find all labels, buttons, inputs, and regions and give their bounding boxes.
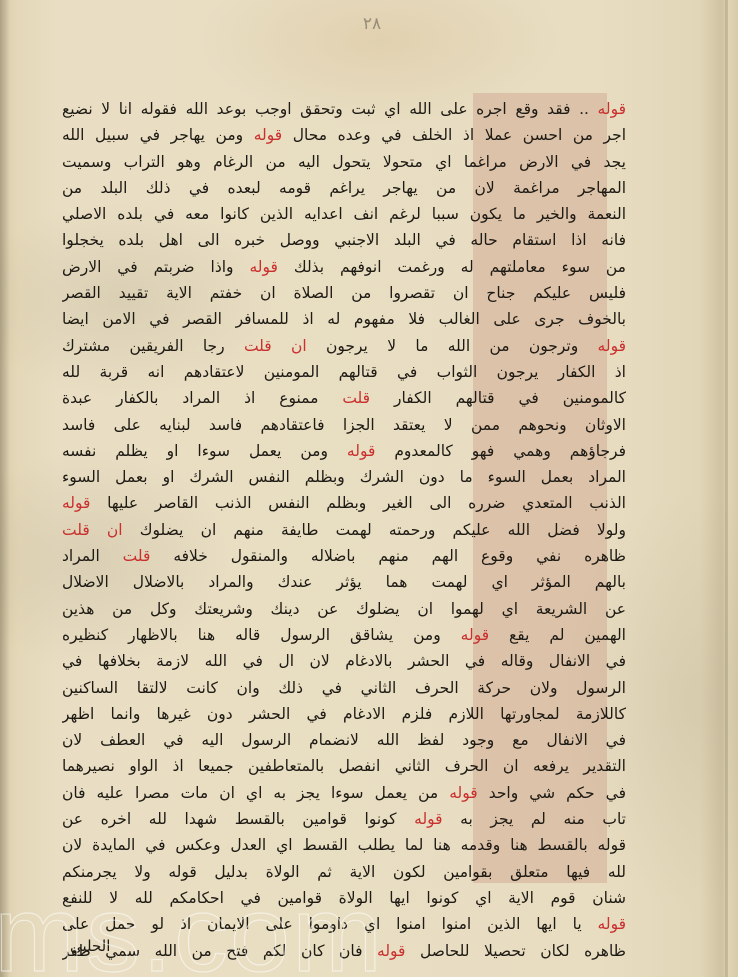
- rubric-keyword: قوله: [62, 494, 90, 512]
- page-right-edge-fold: [725, 0, 728, 977]
- manuscript-line: قوله بالقسط هنا وقدمه هنا لما يطلب القسط…: [62, 832, 626, 858]
- manuscript-line: فانه اذا استقام حاله في البلد الاجنبي وو…: [62, 227, 626, 253]
- manuscript-line: بالهم المؤثر اي لهمت هما يؤثر عندك والمر…: [62, 569, 626, 595]
- manuscript-page: ٢٨ قوله .. فقد وقع اجره على الله اي ثبت …: [0, 0, 738, 977]
- rubric-keyword: قوله: [449, 784, 477, 802]
- body-text: واذا ضربتم في الارض: [62, 258, 249, 276]
- body-text: شنان قوم الاية اي كونوا ايها الولاة قوام…: [62, 889, 626, 907]
- body-text: كاللازمة لمجاورتها اللازم فلزم الادغام ف…: [62, 705, 626, 723]
- body-text: .. فقد وقع اجره على الله اي ثبت وتحقق او…: [62, 100, 598, 118]
- manuscript-line: قوله يا ايها الذين امنوا امنوا اي داوموا…: [62, 911, 626, 937]
- manuscript-line: شنان قوم الاية اي كونوا ايها الولاة قوام…: [62, 885, 626, 911]
- body-text: المهاجر مراغمة لان من يهاجر يراغم قومه ل…: [62, 179, 626, 197]
- body-text: النعمة والخير ما يكون سببا لرغم انف اعدا…: [62, 205, 626, 223]
- body-text: اجر من احسن عملا اذ الخلف في وعده محال: [282, 126, 626, 144]
- body-text: ظاهره لكان تحصيلا للحاصل: [405, 942, 626, 960]
- body-text: تاب منه لم يجز به: [443, 810, 626, 828]
- body-text: عن الشريعة اي لهموا ان يضلوك عن دينك وشر…: [62, 600, 626, 618]
- manuscript-line: قوله .. فقد وقع اجره على الله اي ثبت وتح…: [62, 96, 626, 122]
- body-text: ومن يعمل سوءا او يظلم نفسه: [62, 442, 347, 460]
- manuscript-line: فليس عليكم جناح ان تقصروا من الصلاة ان خ…: [62, 280, 626, 306]
- body-text: في حكم شي واحد: [478, 784, 626, 802]
- manuscript-line: قوله وترجون من الله ما لا يرجون ان قلت ر…: [62, 333, 626, 359]
- body-text: في الانفال مع وجود لفظ الله لانضمام الرس…: [62, 731, 626, 749]
- body-text: اذ الكفار يرجون الثواب في قتالهم المومني…: [62, 363, 626, 381]
- manuscript-line: كاللازمة لمجاورتها اللازم فلزم الادغام ف…: [62, 701, 626, 727]
- manuscript-line: من سوء معاملتهم له ورغمت انوفهم بذلك قول…: [62, 254, 626, 280]
- rubric-keyword: قوله: [254, 126, 282, 144]
- manuscript-line: التقدير يرفعه ان الحرف الثاني انفصل بالم…: [62, 753, 626, 779]
- body-text: الاوثان ونحوهم ممن لا يعتقد الجزا فاعتقا…: [62, 416, 626, 434]
- rubric-keyword: ان قلت: [244, 337, 307, 355]
- body-text: وترجون من الله ما لا يرجون: [307, 337, 598, 355]
- manuscript-line: الذنب المتعدي ضرره الى الغير وبظلم النفس…: [62, 490, 626, 516]
- manuscript-line: ظاهره لكان تحصيلا للحاصل قوله فان كان لك…: [62, 938, 626, 964]
- body-text: بالهم المؤثر اي لهمت هما يؤثر عندك والمر…: [62, 573, 626, 591]
- manuscript-line: النعمة والخير ما يكون سببا لرغم انف اعدا…: [62, 201, 626, 227]
- rubric-keyword: قوله: [598, 915, 626, 933]
- manuscript-line: في حكم شي واحد قوله من يعمل سوءا يجز به …: [62, 780, 626, 806]
- body-text: المراد: [62, 547, 123, 565]
- folio-number: ٢٨: [352, 14, 392, 34]
- manuscript-line: كالمومنين في قتالهم الكفار قلت ممنوع اذ …: [62, 385, 626, 411]
- body-text: من يعمل سوءا يجز به اي ان مات مصرا عليه …: [62, 784, 449, 802]
- body-text: الذنب المتعدي ضرره الى الغير وبظلم النفس…: [90, 494, 626, 512]
- manuscript-text-block: قوله .. فقد وقع اجره على الله اي ثبت وتح…: [62, 96, 626, 964]
- body-text: ومن يهاجر في سبيل الله: [62, 126, 254, 144]
- manuscript-line: في الانفال وقاله في الحشر بالادغام لان ا…: [62, 648, 626, 674]
- body-text: ولولا فضل الله عليكم ورحمته لهمت طايفة م…: [123, 521, 626, 539]
- body-text: رجا الفريقين مشترك: [62, 337, 244, 355]
- body-text: بالخوف جرى على الغالب فلا مفهوم له اذ لل…: [62, 310, 626, 328]
- body-text: المراد بعمل السوء ما دون الشرك وبظلم الن…: [62, 468, 626, 486]
- manuscript-line: يجد في الارض مراغما اي متحولا يتحول اليه…: [62, 149, 626, 175]
- rubric-keyword: قلت: [123, 547, 151, 565]
- body-text: الهمين لم يقع: [489, 626, 626, 644]
- rubric-keyword: قوله: [414, 810, 442, 828]
- colophon-signature: الحلبي: [70, 936, 110, 956]
- body-text: فرجاؤهم وهمي فهو كالمعدوم: [375, 442, 626, 460]
- body-text: قوله بالقسط هنا وقدمه هنا لما يطلب القسط…: [62, 836, 626, 854]
- manuscript-line: تاب منه لم يجز به قوله كونوا قوامين بالق…: [62, 806, 626, 832]
- manuscript-line: الاوثان ونحوهم ممن لا يعتقد الجزا فاعتقا…: [62, 412, 626, 438]
- rubric-keyword: قوله: [377, 942, 405, 960]
- body-text: في الانفال وقاله في الحشر بالادغام لان ا…: [62, 652, 626, 670]
- manuscript-line: بالخوف جرى على الغالب فلا مفهوم له اذ لل…: [62, 306, 626, 332]
- manuscript-line: المهاجر مراغمة لان من يهاجر يراغم قومه ل…: [62, 175, 626, 201]
- manuscript-line: المراد بعمل السوء ما دون الشرك وبظلم الن…: [62, 464, 626, 490]
- manuscript-line: عن الشريعة اي لهموا ان يضلوك عن دينك وشر…: [62, 596, 626, 622]
- manuscript-line: ظاهره نفي وقوع الهم منهم باضلاله والمنقو…: [62, 543, 626, 569]
- rubric-keyword: قوله: [347, 442, 375, 460]
- body-text: ظاهره نفي وقوع الهم منهم باضلاله والمنقو…: [150, 547, 626, 565]
- rubric-keyword: ان قلت: [62, 521, 123, 539]
- body-text: من سوء معاملتهم له ورغمت انوفهم بذلك: [278, 258, 626, 276]
- manuscript-line: الهمين لم يقع قوله ومن يشاقق الرسول قاله…: [62, 622, 626, 648]
- body-text: يا ايها الذين امنوا امنوا اي داوموا على …: [62, 915, 598, 933]
- rubric-keyword: قوله: [598, 100, 626, 118]
- body-text: كالمومنين في قتالهم الكفار: [370, 389, 626, 407]
- manuscript-line: الرسول ولان حركة الحرف الثاني في ذلك وان…: [62, 675, 626, 701]
- page-left-edge-shadow: [0, 0, 10, 977]
- body-text: فانه اذا استقام حاله في البلد الاجنبي وو…: [62, 231, 626, 249]
- body-text: كونوا قوامين بالقسط شهدا لله اخره عن: [62, 810, 414, 828]
- manuscript-line: فرجاؤهم وهمي فهو كالمعدوم قوله ومن يعمل …: [62, 438, 626, 464]
- manuscript-line: في الانفال مع وجود لفظ الله لانضمام الرس…: [62, 727, 626, 753]
- manuscript-line: لله فيها متعلق بقوامين لكون الاية ثم الو…: [62, 859, 626, 885]
- body-text: فليس عليكم جناح ان تقصروا من الصلاة ان خ…: [62, 284, 626, 302]
- manuscript-line: ولولا فضل الله عليكم ورحمته لهمت طايفة م…: [62, 517, 626, 543]
- body-text: يجد في الارض مراغما اي متحولا يتحول اليه…: [62, 153, 626, 171]
- body-text: التقدير يرفعه ان الحرف الثاني انفصل بالم…: [62, 757, 626, 775]
- rubric-keyword: قوله: [249, 258, 277, 276]
- manuscript-line: اجر من احسن عملا اذ الخلف في وعده محال ق…: [62, 122, 626, 148]
- rubric-keyword: قوله: [598, 337, 626, 355]
- body-text: لله فيها متعلق بقوامين لكون الاية ثم الو…: [62, 863, 626, 881]
- rubric-keyword: قلت: [342, 389, 370, 407]
- body-text: ممنوع اذ المراد بالكفار عبدة: [62, 389, 342, 407]
- manuscript-line: اذ الكفار يرجون الثواب في قتالهم المومني…: [62, 359, 626, 385]
- body-text: ومن يشاقق الرسول قاله هنا بالاظهار كنظير…: [62, 626, 461, 644]
- rubric-keyword: قوله: [461, 626, 489, 644]
- body-text: الرسول ولان حركة الحرف الثاني في ذلك وان…: [62, 679, 626, 697]
